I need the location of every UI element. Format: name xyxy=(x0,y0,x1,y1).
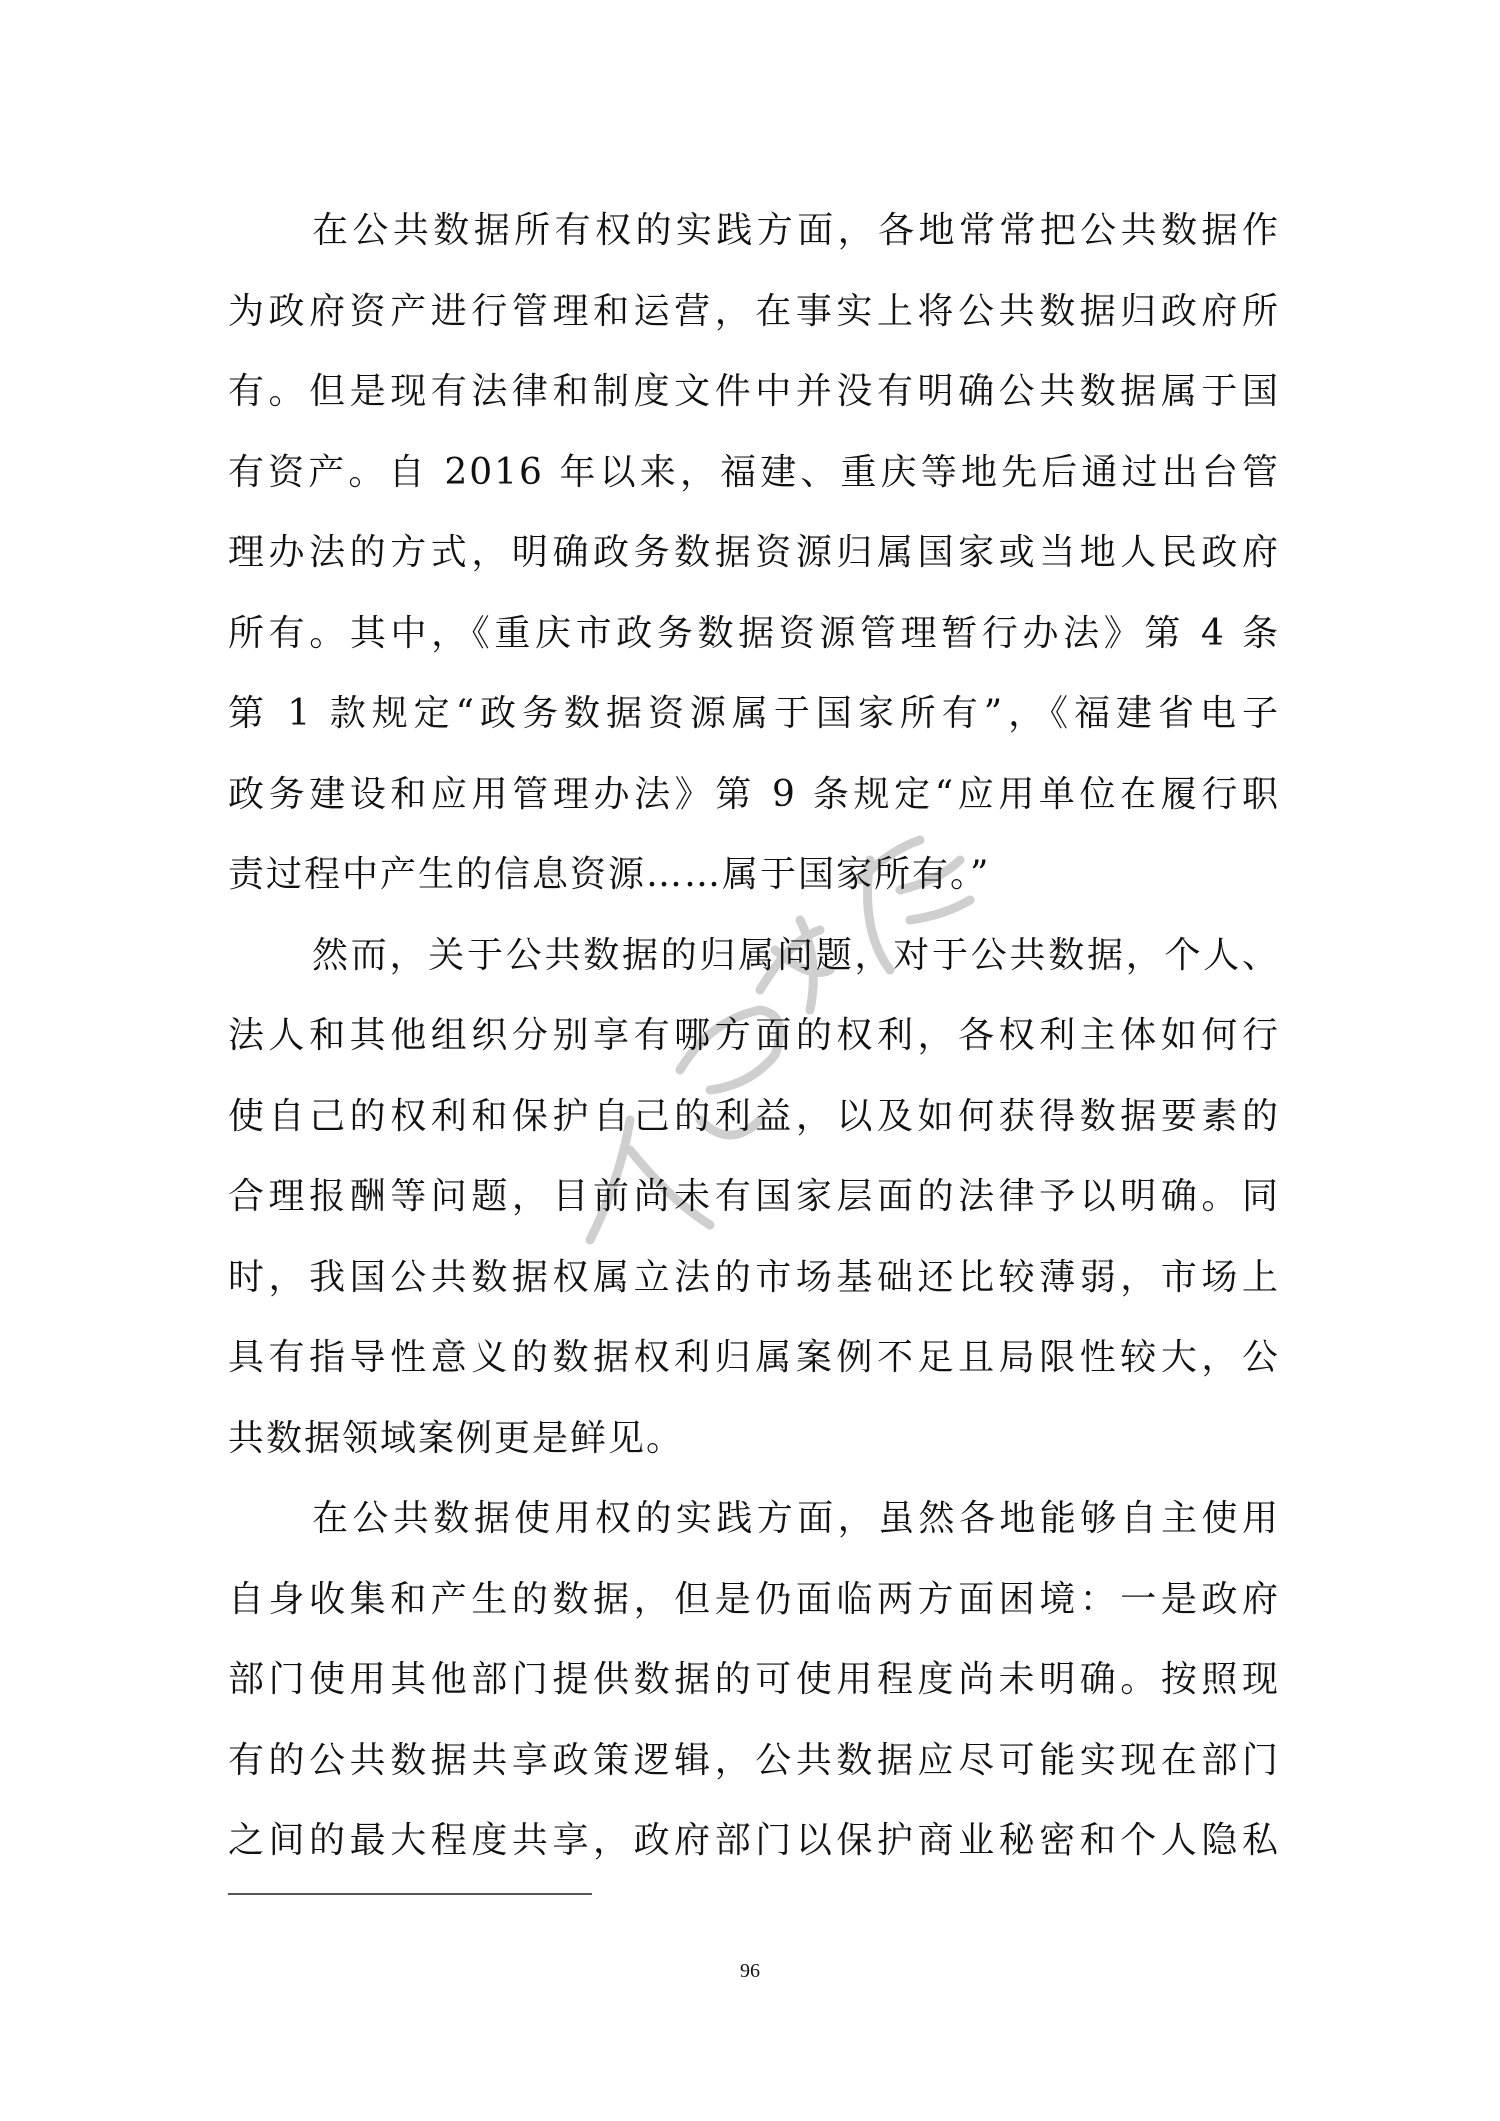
paragraph-3-line-5: 之间的最大程度共享，政府部门以保护商业秘密和个人隐私 xyxy=(228,1801,1280,1882)
paragraph-1-line-7: 第 1 款规定“政务数据资源属于国家所有”，《福建省电子 xyxy=(228,674,1280,755)
page-number: 96 xyxy=(0,1960,1500,1983)
paragraph-1-line-5: 理办法的方式，明确政务数据资源归属国家或当地人民政府 xyxy=(228,513,1280,594)
paragraph-2-line-7: 共数据领域案例更是鲜见。 xyxy=(228,1399,1280,1480)
paragraph-1-line-6: 所有。其中，《重庆市政务数据资源管理暂行办法》第 4 条 xyxy=(228,594,1280,675)
paragraph-3-line-4: 有的公共数据共享政策逻辑，公共数据应尽可能实现在部门 xyxy=(228,1721,1280,1802)
paragraph-1-line-8: 政务建设和应用管理办法》第 9 条规定“应用单位在履行职 xyxy=(228,755,1280,836)
paragraph-2-line-6: 具有指导性意义的数据权利归属案例不足且局限性较大，公 xyxy=(228,1318,1280,1399)
paragraph-2-line-5: 时，我国公共数据权属立法的市场基础还比较薄弱，市场上 xyxy=(228,1238,1280,1319)
paragraph-2-line-4: 合理报酬等问题，目前尚未有国家层面的法律予以明确。同 xyxy=(228,1157,1280,1238)
paragraph-3-line-1: 在公共数据使用权的实践方面，虽然各地能够自主使用 xyxy=(228,1479,1280,1560)
paragraph-1-line-9: 责过程中产生的信息资源……属于国家所有。” xyxy=(228,835,1280,916)
paragraph-2-line-2: 法人和其他组织分别享有哪方面的权利，各权利主体如何行 xyxy=(228,996,1280,1077)
paragraph-1-line-1: 在公共数据所有权的实践方面，各地常常把公共数据作 xyxy=(228,191,1280,272)
body-text: 在公共数据所有权的实践方面，各地常常把公共数据作 为政府资产进行管理和运营，在事… xyxy=(228,191,1280,1882)
document-page: 在公共数据所有权的实践方面，各地常常把公共数据作 为政府资产进行管理和运营，在事… xyxy=(0,0,1500,2121)
paragraph-2-line-3: 使自己的权利和保护自己的利益，以及如何获得数据要素的 xyxy=(228,1077,1280,1158)
paragraph-3-line-2: 自身收集和产生的数据，但是仍面临两方面困境：一是政府 xyxy=(228,1560,1280,1641)
footnote-separator xyxy=(228,1893,592,1895)
paragraph-1-line-2: 为政府资产进行管理和运营，在事实上将公共数据归政府所 xyxy=(228,272,1280,353)
paragraph-3-line-3: 部门使用其他部门提供数据的可使用程度尚未明确。按照现 xyxy=(228,1640,1280,1721)
paragraph-1-line-3: 有。但是现有法律和制度文件中并没有明确公共数据属于国 xyxy=(228,352,1280,433)
paragraph-1-line-4: 有资产。自 2016 年以来，福建、重庆等地先后通过出台管 xyxy=(228,433,1280,514)
paragraph-2-line-1: 然而，关于公共数据的归属问题，对于公共数据，个人、 xyxy=(228,916,1280,997)
